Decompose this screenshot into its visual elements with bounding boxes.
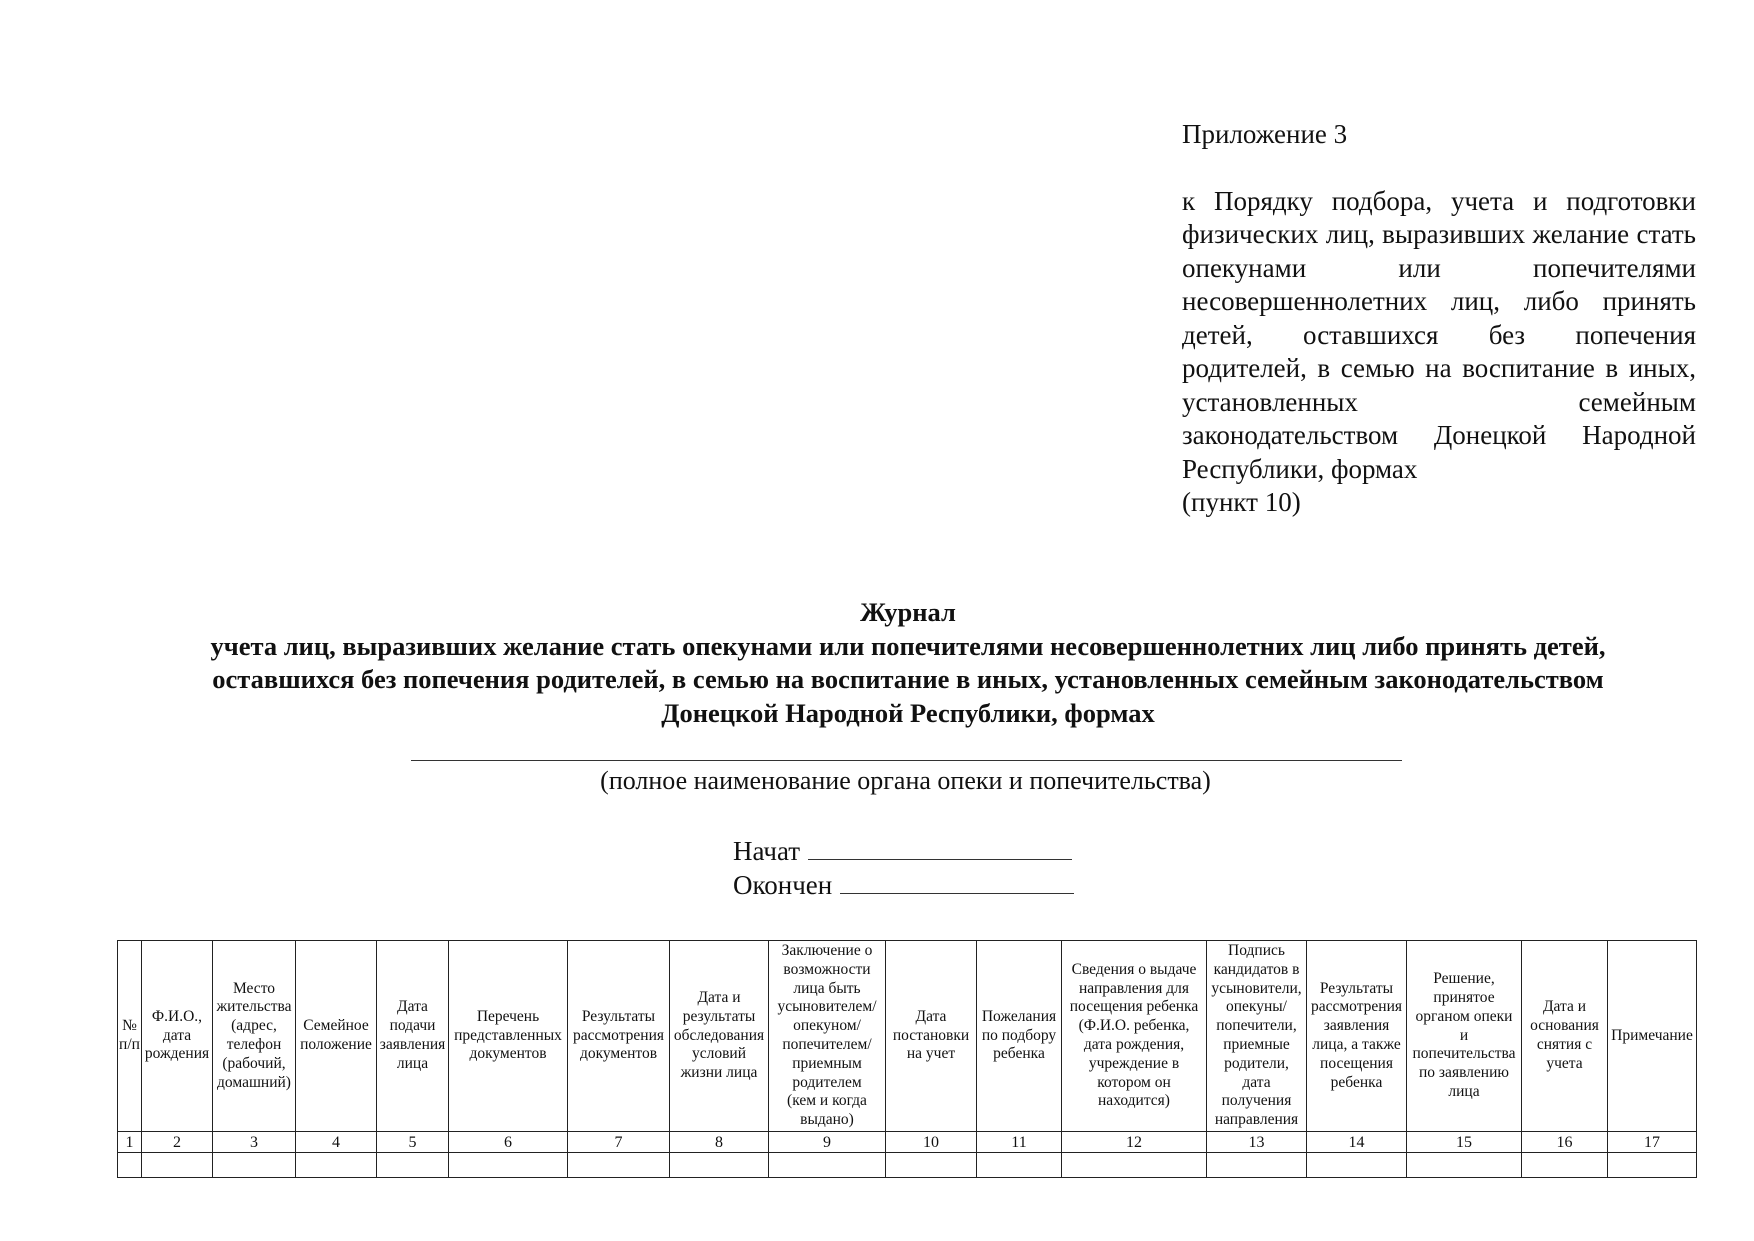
table-cell[interactable] — [142, 1153, 213, 1178]
column-number-1: 1 — [118, 1132, 142, 1153]
column-header-4: Семейное положение — [296, 941, 377, 1132]
column-number-8: 8 — [670, 1132, 769, 1153]
column-header-11: Пожелания по подбору ребенка — [977, 941, 1062, 1132]
column-header-12: Сведения о выдаче направления для посеще… — [1062, 941, 1207, 1132]
column-number-3: 3 — [213, 1132, 296, 1153]
column-header-15: Решение, принятое органом опеки и попечи… — [1407, 941, 1522, 1132]
column-number-13: 13 — [1207, 1132, 1307, 1153]
table-cell[interactable] — [296, 1153, 377, 1178]
column-header-label: Подпись кандидатов в усыновители, опекун… — [1207, 942, 1306, 1130]
journal-subtitle-line: оставшихся без попечения родителей, в се… — [120, 663, 1696, 697]
column-header-label: Результаты рассмотрения документов — [568, 1008, 669, 1064]
column-number-15: 15 — [1407, 1132, 1522, 1153]
column-header-3: Место жительства (адрес, телефон (рабочи… — [213, 941, 296, 1132]
column-number-11: 11 — [977, 1132, 1062, 1153]
journal-dates: Начат Окончен — [733, 835, 1074, 902]
column-header-label: Ф.И.О., дата рождения — [142, 1008, 212, 1064]
column-header-13: Подпись кандидатов в усыновители, опекун… — [1207, 941, 1307, 1132]
finished-label: Окончен — [733, 869, 832, 903]
journal-heading: Журнал — [120, 596, 1696, 630]
column-header-label: Дата и результаты обследования условий ж… — [670, 989, 768, 1083]
finished-row: Окончен — [733, 869, 1074, 903]
column-number-17: 17 — [1608, 1132, 1697, 1153]
table-cell[interactable] — [1407, 1153, 1522, 1178]
column-header-8: Дата и результаты обследования условий ж… — [670, 941, 769, 1132]
table-cell[interactable] — [769, 1153, 886, 1178]
column-header-label: Дата подачи заявления лица — [377, 998, 448, 1073]
journal-table: № п/пФ.И.О., дата рожденияМесто жительст… — [117, 940, 1697, 1178]
started-row: Начат — [733, 835, 1074, 869]
table-cell[interactable] — [1307, 1153, 1407, 1178]
column-header-label: Сведения о выдаче направления для посеще… — [1062, 961, 1206, 1111]
column-number-5: 5 — [377, 1132, 449, 1153]
table-cell[interactable] — [670, 1153, 769, 1178]
column-header-16: Дата и основания снятия с учета — [1522, 941, 1608, 1132]
org-name-blank-line — [411, 760, 1402, 761]
column-number-6: 6 — [449, 1132, 568, 1153]
column-header-10: Дата постановки на учет — [886, 941, 977, 1132]
table-cell[interactable] — [977, 1153, 1062, 1178]
column-number-4: 4 — [296, 1132, 377, 1153]
column-header-label: Результаты рассмотрения заявления лица, … — [1307, 980, 1406, 1093]
column-header-label: Дата постановки на учет — [886, 1008, 976, 1064]
column-header-label: Семейное положение — [296, 1017, 376, 1055]
org-name-caption: (полное наименование органа опеки и попе… — [300, 765, 1511, 797]
journal-title: Журнал учета лиц, выразивших желание ста… — [120, 596, 1696, 730]
table-cell[interactable] — [118, 1153, 142, 1178]
column-header-label: Заключение о возможности лица быть усыно… — [769, 942, 885, 1130]
column-number-9: 9 — [769, 1132, 886, 1153]
column-header-17: Примечание — [1608, 941, 1697, 1132]
journal-subtitle-line: Донецкой Народной Республики, формах — [120, 697, 1696, 731]
column-header-7: Результаты рассмотрения документов — [568, 941, 670, 1132]
column-number-7: 7 — [568, 1132, 670, 1153]
appendix-reference: к Порядку подбора, учета и подготовки фи… — [1182, 185, 1696, 487]
column-header-label: Пожелания по подбору ребенка — [977, 1008, 1061, 1064]
column-header-9: Заключение о возможности лица быть усыно… — [769, 941, 886, 1132]
column-number-12: 12 — [1062, 1132, 1207, 1153]
appendix-block: Приложение 3 к Порядку подбора, учета и … — [1182, 118, 1696, 520]
column-number-14: 14 — [1307, 1132, 1407, 1153]
table-cell[interactable] — [1062, 1153, 1207, 1178]
column-header-label: Примечание — [1608, 1027, 1696, 1046]
appendix-point: (пункт 10) — [1182, 486, 1696, 520]
table-cell[interactable] — [1522, 1153, 1608, 1178]
table-cell[interactable] — [377, 1153, 449, 1178]
column-header-label: Место жительства (адрес, телефон (рабочи… — [213, 980, 295, 1093]
journal-subtitle-line: учета лиц, выразивших желание стать опек… — [120, 630, 1696, 664]
column-header-label: № п/п — [118, 1017, 141, 1055]
column-number-2: 2 — [142, 1132, 213, 1153]
column-header-1: № п/п — [118, 941, 142, 1132]
table-cell[interactable] — [1608, 1153, 1697, 1178]
table-cell[interactable] — [1207, 1153, 1307, 1178]
column-number-10: 10 — [886, 1132, 977, 1153]
column-header-label: Дата и основания снятия с учета — [1522, 998, 1607, 1073]
table-column-number-row: 1234567891011121314151617 — [118, 1132, 1697, 1153]
column-header-label: Решение, принятое органом опеки и попечи… — [1407, 970, 1521, 1102]
started-label: Начат — [733, 835, 800, 869]
column-header-14: Результаты рассмотрения заявления лица, … — [1307, 941, 1407, 1132]
table-row — [118, 1153, 1697, 1178]
column-header-label: Перечень представленных документов — [449, 1008, 567, 1064]
table-cell[interactable] — [213, 1153, 296, 1178]
column-number-16: 16 — [1522, 1132, 1608, 1153]
table-cell[interactable] — [568, 1153, 670, 1178]
column-header-2: Ф.И.О., дата рождения — [142, 941, 213, 1132]
table-cell[interactable] — [449, 1153, 568, 1178]
finished-date-blank — [840, 869, 1074, 894]
column-header-5: Дата подачи заявления лица — [377, 941, 449, 1132]
appendix-title: Приложение 3 — [1182, 118, 1696, 152]
table-header-row: № п/пФ.И.О., дата рожденияМесто жительст… — [118, 941, 1697, 1132]
table-cell[interactable] — [886, 1153, 977, 1178]
started-date-blank — [808, 835, 1072, 860]
column-header-6: Перечень представленных документов — [449, 941, 568, 1132]
